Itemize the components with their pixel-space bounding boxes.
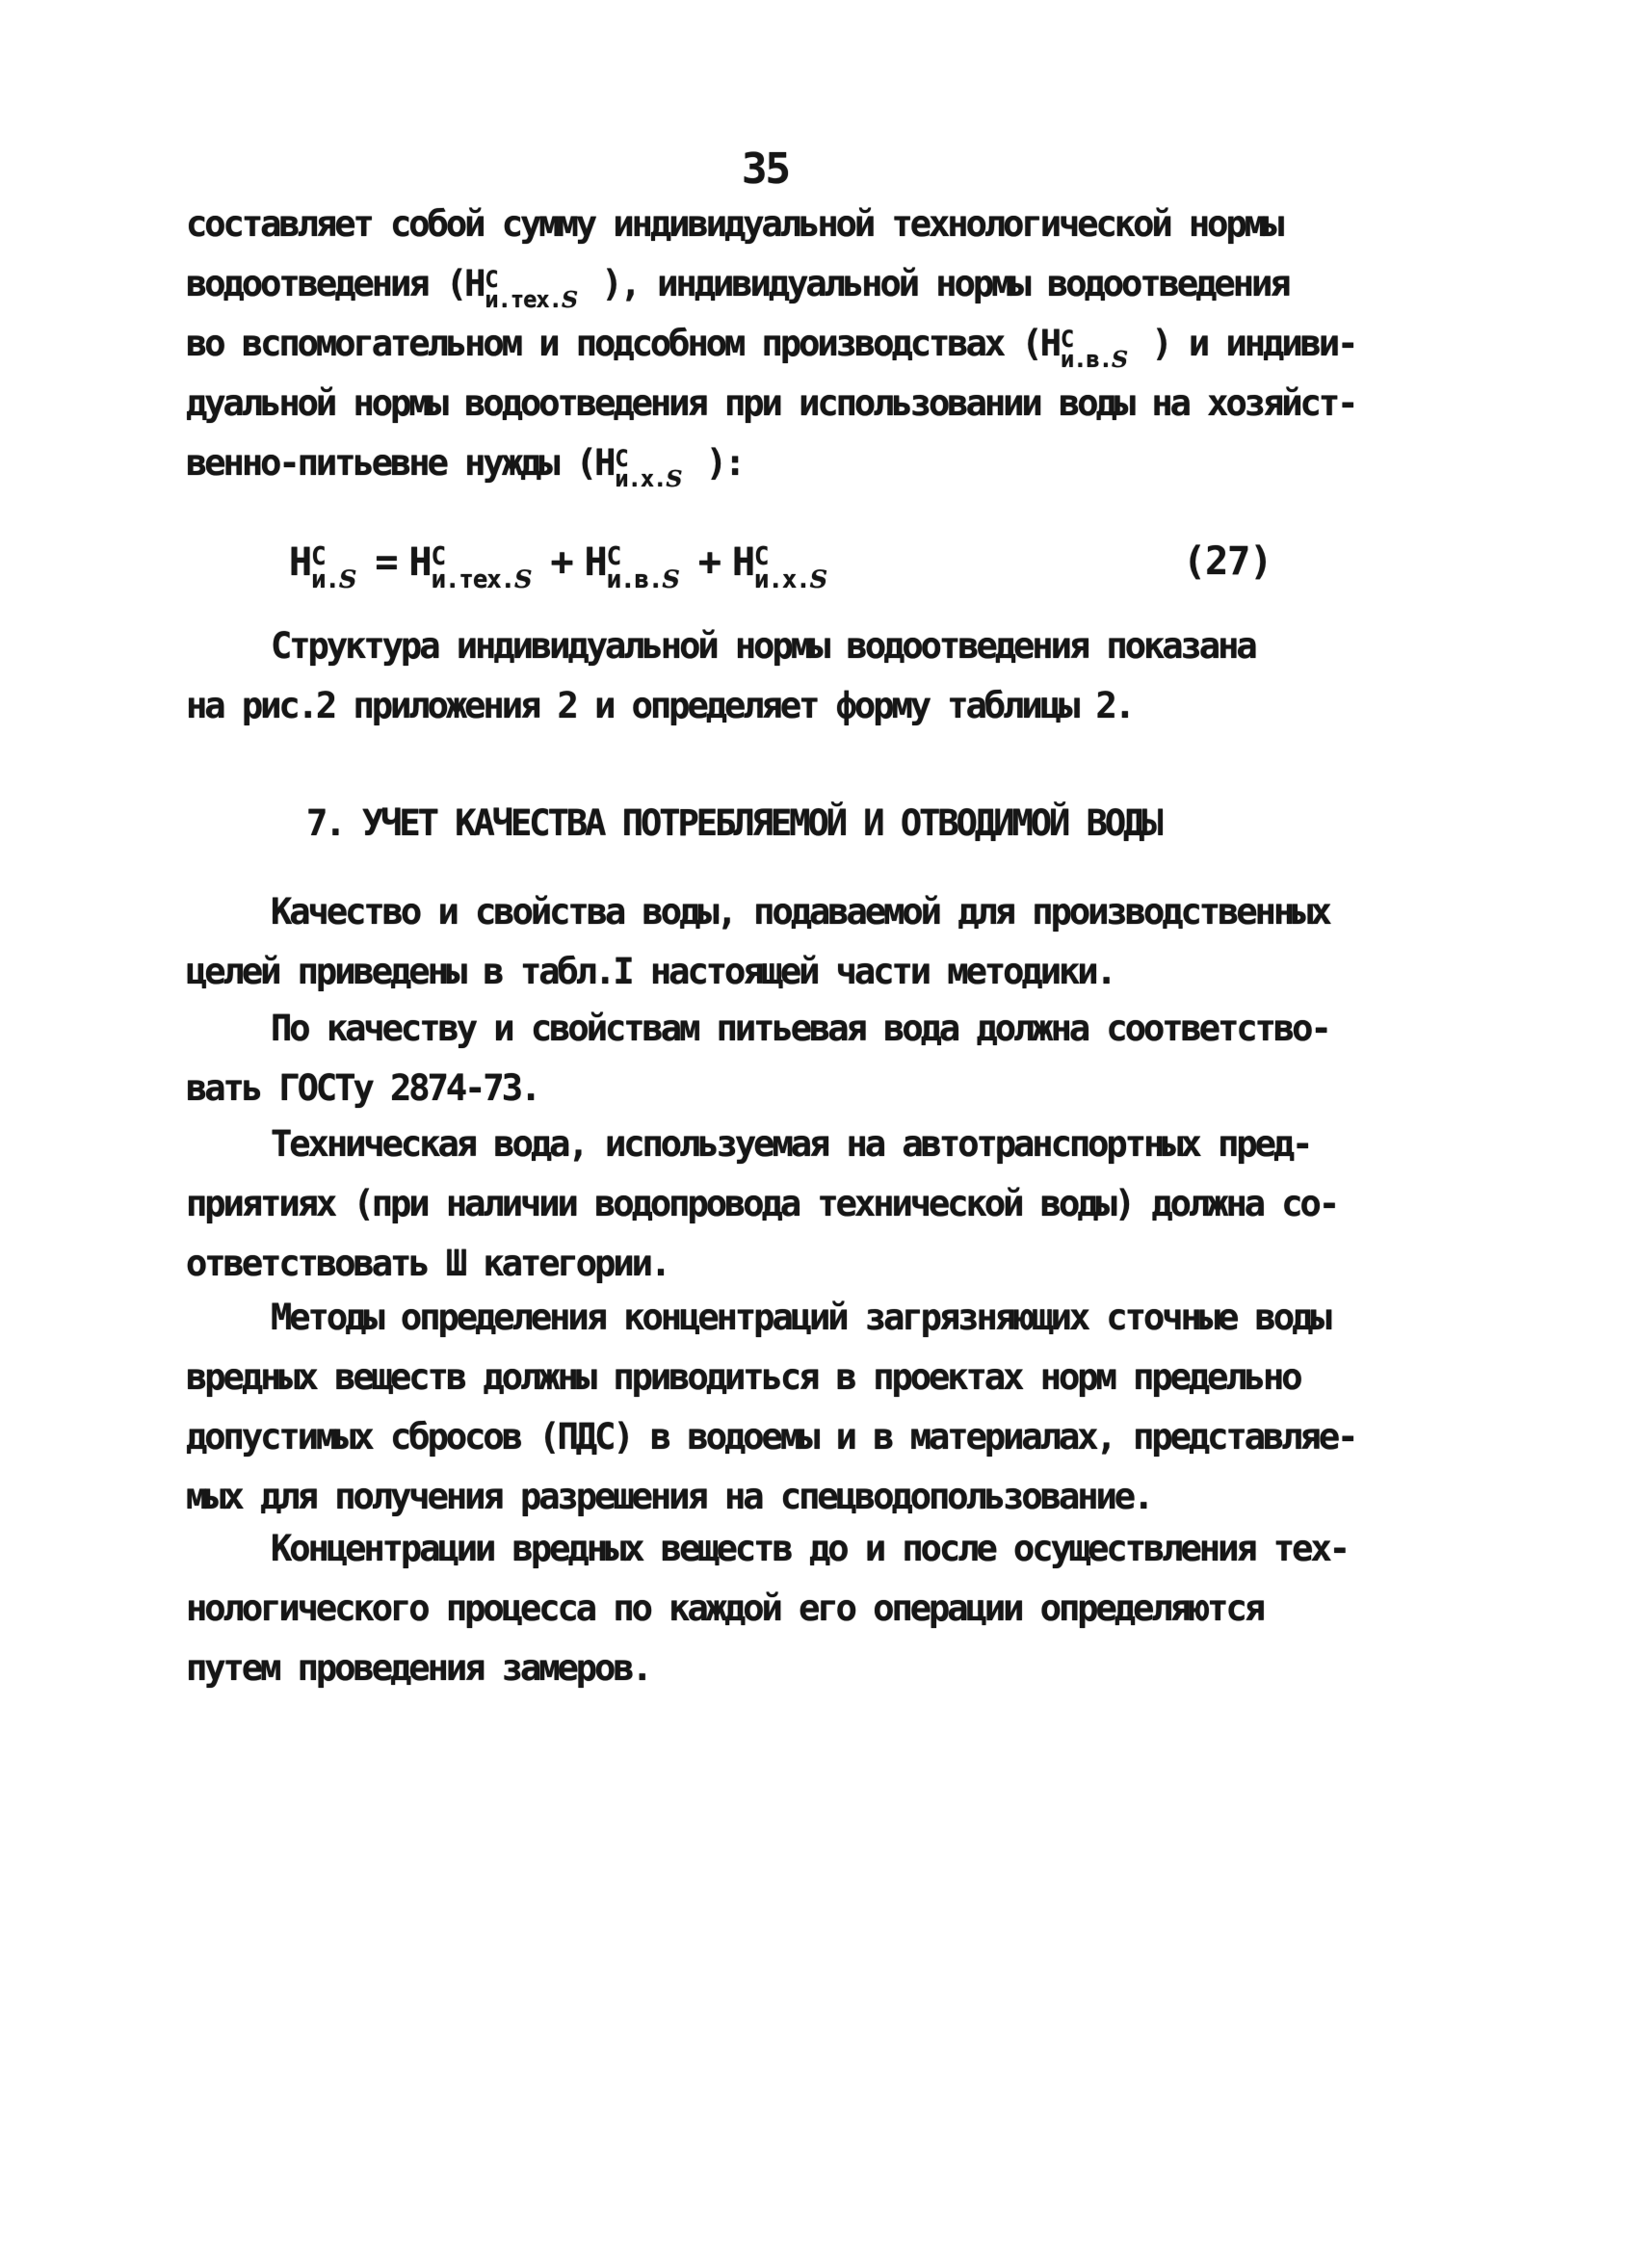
text-line: венно-питьевне нужды (НСи.х.S ): — [186, 433, 1496, 493]
text-segment: ) и индиви- — [1133, 323, 1355, 364]
text-segment: водоотведения ( — [186, 263, 464, 304]
equals-sign: = — [361, 540, 408, 585]
section-heading: 7. УЧЕТ КАЧЕСТВА ПОТРЕБЛЯЕМОЙ И ОТВОДИМО… — [306, 794, 1161, 853]
equation-body: НСи.S=НСи.тех.S+НСи.в.S+НСи.х.S — [289, 534, 832, 585]
text-segment: венно-питьевне нужды ( — [186, 442, 594, 484]
paragraph-methods: Методы определения концентраций загрязня… — [186, 1288, 1496, 1527]
text-line: По качеству и свойствам питьевая вода до… — [186, 999, 1496, 1059]
text-segment: Техническая вода, используемая на автотр… — [271, 1123, 1310, 1165]
formula-variable: Н — [585, 540, 605, 585]
subscript-s: S — [662, 565, 678, 594]
text-line: Качество и свойства воды, подаваемой для… — [186, 882, 1496, 942]
text-line: на рис.2 приложения 2 и определяет форму… — [186, 676, 1496, 736]
text-line: дуальной нормы водоотведения при использ… — [186, 374, 1496, 433]
text-line: целей приведены в табл.I настоящей части… — [186, 942, 1496, 1002]
text-line: мых для получения разрешения на спецводо… — [186, 1467, 1496, 1527]
text-segment: приятиях (при наличии водопровода технич… — [186, 1183, 1337, 1224]
text-line: путем проведения замеров. — [186, 1639, 1496, 1698]
formula-supsub: Си.в.S — [607, 546, 679, 591]
formula-subscript: и.тех.S — [432, 569, 532, 592]
subscript-s: S — [810, 565, 826, 594]
text-segment: нологического процесса по каждой его опе… — [186, 1588, 1263, 1629]
paragraph-quality: Качество и свойства воды, подаваемой для… — [186, 882, 1496, 1002]
inline-formula-n-tech: НСи.тех.S — [464, 263, 583, 304]
text-line: Концентрации вредных веществ до и после … — [186, 1519, 1496, 1579]
text-segment: на рис.2 приложения 2 и определяет форму… — [186, 685, 1133, 726]
text-segment: во вспомогательном и подсобном производс… — [186, 323, 1040, 364]
equation-27: НСи.S=НСи.тех.S+НСи.в.S+НСи.х.S (27) — [0, 520, 1652, 626]
text-line: допустимых сбросов (ПДС) в водоемы и в м… — [186, 1407, 1496, 1467]
formula-subscript: и.х.S — [754, 569, 826, 592]
formula-subscript: и.S — [311, 569, 355, 592]
text-segment: ), индивидуальной нормы водоотведения — [583, 263, 1288, 304]
formula-variable: Н — [464, 263, 483, 304]
text-line: вредных веществ должны приводиться в про… — [186, 1348, 1496, 1407]
formula-variable: Н — [289, 540, 309, 585]
subscript-text: и.в. — [607, 565, 663, 594]
text-line: Структура индивидуальной нормы водоотвед… — [186, 617, 1496, 676]
formula-supsub: Си.х.S — [754, 546, 826, 591]
text-line: вать ГОСТу 2874-73. — [186, 1059, 1496, 1118]
equation-number: (27) — [1183, 539, 1272, 584]
text-line: водоотведения (НСи.тех.S ), индивидуальн… — [186, 254, 1496, 314]
subscript-s: S — [514, 565, 531, 594]
formula-supsub: Си.тех.S — [485, 270, 577, 312]
text-segment: допустимых сбросов (ПДС) в водоемы и в м… — [186, 1416, 1355, 1457]
text-segment: вредных веществ должны приводиться в про… — [186, 1356, 1300, 1398]
formula-supsub: Си.х.S — [615, 449, 681, 491]
subscript-s: S — [666, 465, 681, 492]
subscript-text: и.в. — [1061, 346, 1112, 373]
paragraph-gost: По качеству и свойствам питьевая вода до… — [186, 999, 1496, 1118]
formula-subscript: и.х.S — [615, 469, 681, 490]
page-number: 35 — [742, 144, 789, 194]
text-segment: Методы определения концентраций загрязня… — [271, 1297, 1329, 1338]
formula-variable: Н — [1040, 323, 1059, 364]
formula-supsub: Си.в.S — [1061, 329, 1127, 372]
inline-formula-n-aux: НСи.в.S — [1040, 323, 1133, 364]
equation-term-household: НСи.х.S — [732, 540, 832, 585]
equation-term-aux: НСи.в.S — [585, 540, 685, 585]
text-segment: ответствовать Ш категории. — [186, 1243, 669, 1284]
subscript-s: S — [339, 565, 355, 594]
formula-variable: Н — [594, 442, 613, 484]
paragraph-technical-water: Техническая вода, используемая на автотр… — [186, 1115, 1496, 1294]
equation-term-total: НСи.S — [289, 540, 361, 585]
equation-term-tech: НСи.тех.S — [409, 540, 538, 585]
text-line: нологического процесса по каждой его опе… — [186, 1579, 1496, 1639]
text-segment: дуальной нормы водоотведения при использ… — [186, 382, 1355, 424]
inline-formula-n-household: НСи.х.S — [594, 442, 687, 484]
subscript-text: и.тех. — [485, 286, 562, 313]
text-segment: целей приведены в табл.I настоящей части… — [186, 951, 1114, 992]
text-segment: По качеству и свойствам питьевая вода до… — [271, 1008, 1329, 1049]
text-line: ответствовать Ш категории. — [186, 1234, 1496, 1294]
text-segment: Структура индивидуальной нормы водоотвед… — [271, 625, 1255, 667]
text-line: Техническая вода, используемая на автотр… — [186, 1115, 1496, 1174]
text-segment: вать ГОСТу 2874-73. — [186, 1067, 538, 1109]
formula-subscript: и.в.S — [607, 569, 679, 592]
text-segment: Концентрации вредных веществ до и после … — [271, 1528, 1348, 1569]
text-segment: ): — [687, 442, 743, 484]
subscript-text: и.тех. — [432, 565, 514, 594]
subscript-s: S — [562, 286, 577, 313]
formula-supsub: Си.S — [311, 546, 355, 591]
text-line: приятиях (при наличии водопровода технич… — [186, 1174, 1496, 1234]
formula-variable: Н — [409, 540, 430, 585]
text-segment: составляет собой сумму индивидуальной те… — [186, 203, 1281, 245]
paragraph-structure: Структура индивидуальной нормы водоотвед… — [186, 617, 1496, 736]
formula-variable: Н — [732, 540, 752, 585]
text-line: во вспомогательном и подсобном производс… — [186, 314, 1496, 374]
text-segment: путем проведения замеров. — [186, 1647, 650, 1689]
text-line: составляет собой сумму индивидуальной те… — [186, 195, 1496, 254]
plus-sign: + — [538, 540, 585, 585]
subscript-text: и. — [311, 565, 339, 594]
subscript-text: и.х. — [754, 565, 810, 594]
text-segment: мых для получения разрешения на спецводо… — [186, 1476, 1151, 1517]
paragraph-intro: составляет собой сумму индивидуальной те… — [186, 195, 1496, 493]
text-segment: Качество и свойства воды, подаваемой для… — [271, 891, 1329, 932]
text-line: Методы определения концентраций загрязня… — [186, 1288, 1496, 1348]
subscript-s: S — [1112, 346, 1127, 373]
subscript-text: и.х. — [615, 465, 666, 492]
formula-supsub: Си.тех.S — [432, 546, 532, 591]
formula-subscript: и.в.S — [1061, 350, 1127, 371]
plus-sign: + — [685, 540, 732, 585]
document-page: 35 составляет собой сумму индивидуальной… — [0, 0, 1652, 2258]
paragraph-concentrations: Концентрации вредных веществ до и после … — [186, 1519, 1496, 1698]
formula-subscript: и.тех.S — [485, 290, 577, 311]
